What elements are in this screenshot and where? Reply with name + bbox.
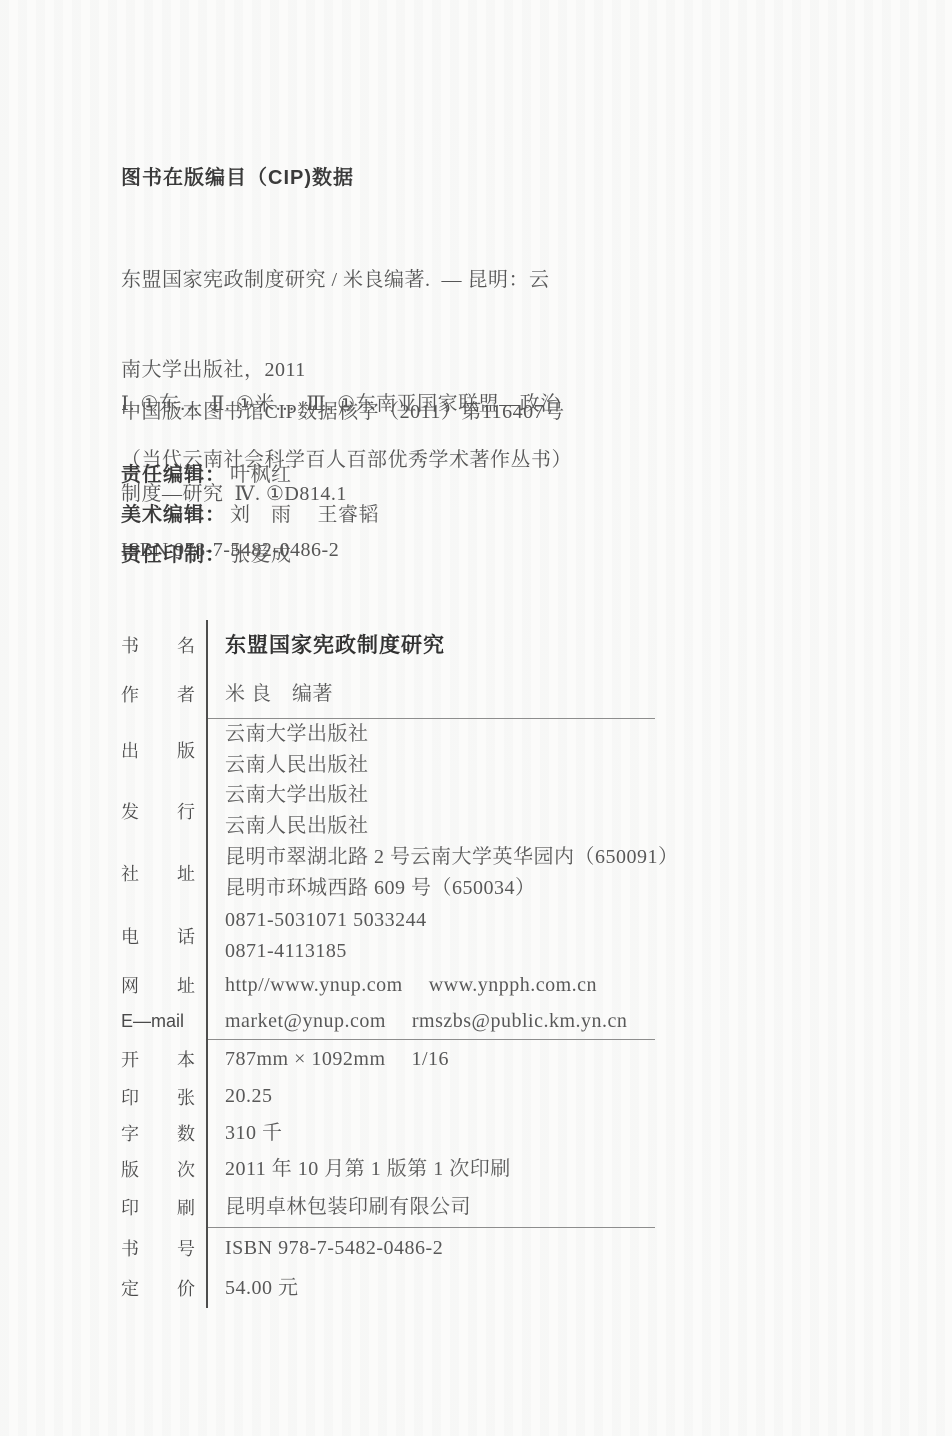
colophon-row: 电 话 0871-5031071 50332440871-4113185: [121, 905, 701, 967]
colophon-label: 书 名: [121, 632, 195, 658]
colophon-row: 印 刷 昆明卓林包装印刷有限公司: [121, 1187, 701, 1227]
colophon-value-line: 2011 年 10 月第 1 版第 1 次印刷: [225, 1154, 701, 1185]
colophon-value-cell: 云南大学出版社云南人民出版社: [206, 781, 701, 841]
colophon-row: 版 次 2011 年 10 月第 1 版第 1 次印刷: [121, 1151, 701, 1187]
colophon-value-line: 米 良 编著: [225, 679, 701, 710]
colophon-row: 作 者 米 良 编著: [121, 670, 701, 718]
colophon-value-line: 昆明市翠湖北路 2 号云南大学英华园内（650091）: [225, 842, 701, 873]
colophon-value-line: 0871-5031071 5033244: [225, 905, 701, 936]
colophon-label-cell: 字 数: [121, 1115, 206, 1151]
colophon-label-cell: 发 行: [121, 781, 206, 841]
colophon-label-cell: 作 者: [121, 670, 206, 718]
colophon-value-line: 787mm × 1092mm 1/16: [225, 1044, 701, 1075]
colophon-label-cell: 印 张: [121, 1078, 206, 1115]
colophon-value-cell: 云南大学出版社云南人民出版社: [206, 719, 701, 781]
colophon-value-line: http//www.ynup.com www.ynpph.com.cn: [225, 970, 701, 1001]
staff-person-name: 刘 雨 王睿韬: [230, 498, 379, 527]
colophon-value-cell: 昆明市翠湖北路 2 号云南大学英华园内（650091）昆明市环城西路 609 号…: [206, 841, 701, 905]
colophon-label-cell: 印 刷: [121, 1187, 206, 1227]
colophon-value-cell: 54.00 元: [206, 1268, 701, 1308]
colophon-label: 发 行: [121, 798, 195, 824]
colophon-value-cell: 787mm × 1092mm 1/16: [206, 1040, 701, 1078]
colophon-table: 书 名 东盟国家宪政制度研究 作 者 米 良 编著 出 版 云南大学出版社云南人…: [121, 620, 701, 1308]
colophon-row: 书 号 ISBN 978-7-5482-0486-2: [121, 1228, 701, 1268]
colophon-value-line: 20.25: [225, 1081, 701, 1112]
staff-row: 美术编辑： 刘 雨 王睿韬: [121, 492, 379, 532]
colophon-value-line: 昆明卓林包装印刷有限公司: [225, 1192, 701, 1223]
colophon-value-cell: ISBN 978-7-5482-0486-2: [206, 1228, 701, 1268]
colophon-label: 书 号: [121, 1235, 195, 1261]
colophon-label: E—mail: [121, 1011, 195, 1032]
colophon-value-line: market@ynup.com rmszbs@public.km.yn.cn: [225, 1006, 701, 1037]
colophon-value-cell: http//www.ynup.com www.ynpph.com.cn: [206, 967, 701, 1003]
colophon-value-line: 云南大学出版社: [225, 719, 701, 750]
colophon-label: 网 址: [121, 972, 195, 998]
colophon-row: E—mail market@ynup.com rmszbs@public.km.…: [121, 1003, 701, 1039]
colophon-label: 开 本: [121, 1046, 195, 1072]
colophon-value-line: 云南大学出版社: [225, 780, 701, 811]
colophon-label-cell: 版 次: [121, 1151, 206, 1187]
colophon-row: 定 价 54.00 元: [121, 1268, 701, 1308]
colophon-row: 书 名 东盟国家宪政制度研究: [121, 620, 701, 670]
book-copyright-page: { "cip": { "header": "图书在版编目（CIP)数据", "l…: [0, 0, 952, 1436]
colophon-value-cell: 0871-5031071 50332440871-4113185: [206, 905, 701, 967]
colophon-label: 社 址: [121, 860, 195, 886]
colophon-label-cell: 书 名: [121, 620, 206, 670]
cip-description-line: 东盟国家宪政制度研究 / 米良编著. — 昆明：云: [121, 265, 721, 295]
cip-record-number: 中国版本图书馆CIP数据核字（2011）第116407号: [121, 395, 761, 424]
staff-role-label: 责任编辑：: [121, 458, 226, 487]
colophon-label: 字 数: [121, 1120, 195, 1146]
colophon-label: 电 话: [121, 923, 195, 949]
colophon-row: 网 址 http//www.ynup.com www.ynpph.com.cn: [121, 967, 701, 1003]
colophon-label: 出 版: [121, 737, 195, 763]
colophon-label: 版 次: [121, 1156, 195, 1182]
colophon-label-cell: 书 号: [121, 1228, 206, 1268]
staff-role-label: 责任印制：: [121, 538, 226, 567]
colophon-value-line: ISBN 978-7-5482-0486-2: [225, 1233, 701, 1264]
colophon-value-cell: market@ynup.com rmszbs@public.km.yn.cn: [206, 1003, 701, 1039]
staff-role-label: 美术编辑：: [121, 498, 226, 527]
colophon-value-cell: 20.25: [206, 1078, 701, 1115]
colophon-label-cell: 出 版: [121, 719, 206, 781]
colophon-value-cell: 米 良 编著: [206, 670, 701, 718]
colophon-value-line: 云南人民出版社: [225, 811, 701, 842]
staff-person-name: 叶枫红: [230, 458, 292, 487]
colophon-label: 印 张: [121, 1084, 195, 1110]
colophon-row: 印 张 20.25: [121, 1078, 701, 1115]
colophon-row: 发 行 云南大学出版社云南人民出版社: [121, 781, 701, 841]
colophon-value-cell: 东盟国家宪政制度研究: [206, 620, 701, 670]
colophon-value-line: 0871-4113185: [225, 936, 701, 967]
colophon-label-cell: 电 话: [121, 905, 206, 967]
colophon-value-cell: 2011 年 10 月第 1 版第 1 次印刷: [206, 1151, 701, 1187]
colophon-value-line: 54.00 元: [225, 1273, 701, 1304]
colophon-label-cell: 社 址: [121, 841, 206, 905]
colophon-value-line: 昆明市环城西路 609 号（650034）: [225, 873, 701, 904]
colophon-label: 印 刷: [121, 1194, 195, 1220]
colophon-label: 作 者: [121, 681, 195, 707]
staff-row: 责任编辑： 叶枫红: [121, 452, 379, 492]
colophon-value-cell: 310 千: [206, 1115, 701, 1151]
colophon-label: 定 价: [121, 1275, 195, 1301]
colophon-row: 字 数 310 千: [121, 1115, 701, 1151]
colophon-row: 社 址 昆明市翠湖北路 2 号云南大学英华园内（650091）昆明市环城西路 6…: [121, 841, 701, 905]
cip-header: 图书在版编目（CIP)数据: [121, 161, 354, 190]
colophon-label-cell: 开 本: [121, 1040, 206, 1078]
colophon-value-cell: 昆明卓林包装印刷有限公司: [206, 1187, 701, 1227]
colophon-row: 开 本 787mm × 1092mm 1/16: [121, 1040, 701, 1078]
colophon-value-line: 310 千: [225, 1118, 701, 1149]
colophon-row: 出 版 云南大学出版社云南人民出版社: [121, 719, 701, 781]
colophon-label-cell: E—mail: [121, 1003, 206, 1039]
colophon-value-line: 东盟国家宪政制度研究: [225, 630, 701, 661]
colophon-label-cell: 定 价: [121, 1268, 206, 1308]
colophon-value-line: 云南人民出版社: [225, 750, 701, 781]
staff-person-name: 张爱成: [230, 538, 292, 567]
colophon-label-cell: 网 址: [121, 967, 206, 1003]
staff-block: 责任编辑： 叶枫红 美术编辑： 刘 雨 王睿韬 责任印制： 张爱成: [121, 452, 379, 572]
staff-row: 责任印制： 张爱成: [121, 532, 379, 572]
